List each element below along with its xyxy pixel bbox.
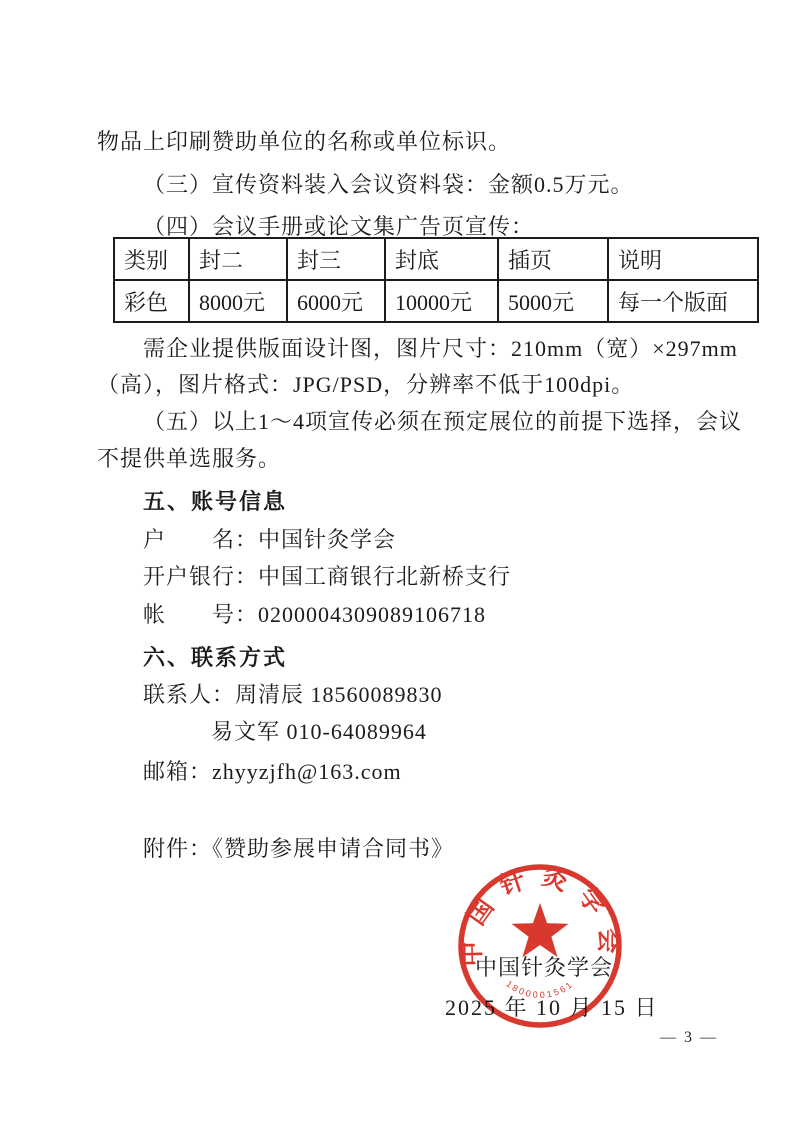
cell-inside-front-cover-price: 8000元 [189, 280, 287, 322]
contact-person-line2: 易文军 010-64089964 [211, 717, 427, 747]
contact-person-line1: 联系人：周清辰 18560089830 [143, 680, 443, 710]
section-heading-contact: 六、联系方式 [143, 643, 287, 673]
page-number: — 3 — [660, 1029, 718, 1047]
paragraph-print-logo: 物品上印刷赞助单位的名称或单位标识。 [97, 127, 511, 157]
official-seal: 中国针灸学会 1800001561 [455, 861, 625, 1031]
paragraph-note-line1: 需企业提供版面设计图，图片尺寸：210mm（宽）×297mm [143, 334, 738, 364]
paragraph-item3: （三）宣传资料装入会议资料袋：金额0.5万元。 [143, 170, 634, 200]
email-line: 邮箱：zhyyzjfh@163.com [143, 757, 402, 787]
document-page: 物品上印刷赞助单位的名称或单位标识。 （三）宣传资料装入会议资料袋：金额0.5万… [0, 0, 800, 1131]
cell-remark: 每一个版面 [608, 280, 758, 322]
header-inside-back-cover: 封三 [287, 238, 385, 280]
cell-insert-page-price: 5000元 [498, 280, 608, 322]
table-row: 彩色 8000元 6000元 10000元 5000元 每一个版面 [114, 280, 758, 322]
cell-back-cover-price: 10000元 [385, 280, 498, 322]
paragraph-note-line2: （高），图片格式：JPG/PSD，分辨率不低于100dpi。 [97, 370, 634, 400]
header-back-cover: 封底 [385, 238, 498, 280]
ad-price-table: 类别 封二 封三 封底 插页 说明 彩色 8000元 6000元 10000元 … [113, 237, 759, 323]
header-category: 类别 [114, 238, 189, 280]
account-name-line: 户 名：中国针灸学会 [143, 525, 396, 555]
section-heading-account-info: 五、账号信息 [143, 487, 287, 517]
paragraph-item5-line2: 不提供单选服务。 [97, 444, 281, 474]
header-inside-front-cover: 封二 [189, 238, 287, 280]
cell-category: 彩色 [114, 280, 189, 322]
paragraph-item5-line1: （五）以上1～4项宣传必须在预定展位的前提下选择，会议 [143, 407, 742, 437]
seal-star-icon [512, 903, 569, 957]
svg-text:1800001561: 1800001561 [504, 979, 576, 1000]
table-header-row: 类别 封二 封三 封底 插页 说明 [114, 238, 758, 280]
account-number-line: 帐 号：0200004309089106718 [143, 600, 486, 630]
bank-line: 开户银行：中国工商银行北新桥支行 [143, 562, 511, 592]
attachment-line: 附件：《赞助参展申请合同书》 [143, 834, 454, 864]
seal-serial-number: 1800001561 [504, 979, 576, 1000]
cell-inside-back-cover-price: 6000元 [287, 280, 385, 322]
header-remark: 说明 [608, 238, 758, 280]
header-insert-page: 插页 [498, 238, 608, 280]
